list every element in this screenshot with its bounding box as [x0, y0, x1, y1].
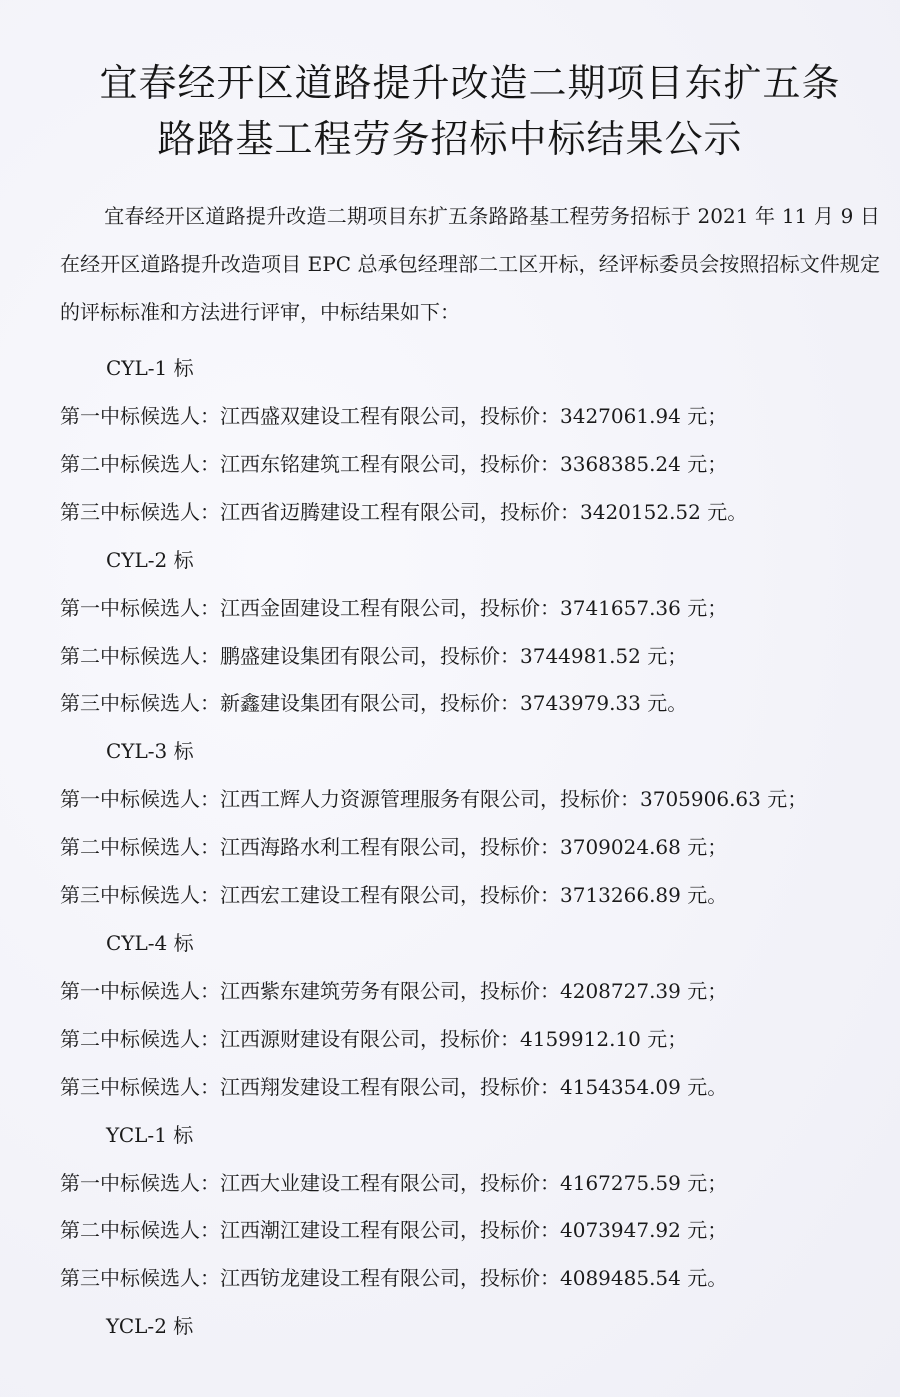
candidate-line: 第一中标候选人：江西盛双建设工程有限公司，投标价：3427061.94 元；	[60, 400, 727, 429]
section-label-ycl-2: YCL-2 标	[106, 1310, 193, 1339]
candidate-line: 第一中标候选人：江西金固建设工程有限公司，投标价：3741657.36 元；	[60, 592, 727, 621]
document-title-line-2: 路路基工程劳务招标中标结果公示	[0, 108, 900, 163]
section-label-cyl-1: CYL-1 标	[106, 352, 194, 381]
section-label-ycl-1: YCL-1 标	[106, 1119, 193, 1148]
candidate-line: 第二中标候选人：江西源财建设有限公司，投标价：4159912.10 元；	[60, 1023, 687, 1052]
candidate-line: 第一中标候选人：江西紫东建筑劳务有限公司，投标价：4208727.39 元；	[60, 975, 727, 1004]
candidate-line: 第三中标候选人：新鑫建设集团有限公司，投标价：3743979.33 元。	[60, 687, 687, 716]
scanned-document-page: 宜春经开区道路提升改造二期项目东扩五条 路路基工程劳务招标中标结果公示 宜春经开…	[0, 0, 900, 1397]
section-label-cyl-3: CYL-3 标	[106, 735, 194, 764]
candidate-line: 第三中标候选人：江西宏工建设工程有限公司，投标价：3713266.89 元。	[60, 879, 727, 908]
candidate-line: 第二中标候选人：江西东铭建筑工程有限公司，投标价：3368385.24 元；	[60, 448, 727, 477]
candidate-line: 第三中标候选人：江西钫龙建设工程有限公司，投标价：4089485.54 元。	[60, 1262, 727, 1291]
candidate-line: 第二中标候选人：鹏盛建设集团有限公司，投标价：3744981.52 元；	[60, 640, 687, 669]
section-label-cyl-4: CYL-4 标	[106, 927, 194, 956]
intro-text: 宜春经开区道路提升改造二期项目东扩五条路路基工程劳务招标于 2021 年 11 …	[60, 204, 880, 324]
candidate-line: 第一中标候选人：江西工辉人力资源管理服务有限公司，投标价：3705906.63 …	[60, 783, 807, 812]
candidate-line: 第二中标候选人：江西潮江建设工程有限公司，投标价：4073947.92 元；	[60, 1214, 727, 1243]
candidate-line: 第二中标候选人：江西海路水利工程有限公司，投标价：3709024.68 元；	[60, 831, 727, 860]
candidate-line: 第一中标候选人：江西大业建设工程有限公司，投标价：4167275.59 元；	[60, 1167, 727, 1196]
section-label-cyl-2: CYL-2 标	[106, 544, 194, 573]
document-title-line-1: 宜春经开区道路提升改造二期项目东扩五条	[20, 52, 900, 107]
candidate-line: 第三中标候选人：江西翔发建设工程有限公司，投标价：4154354.09 元。	[60, 1071, 727, 1100]
candidate-line: 第三中标候选人：江西省迈腾建设工程有限公司，投标价：3420152.52 元。	[60, 496, 747, 525]
intro-paragraph: 宜春经开区道路提升改造二期项目东扩五条路路基工程劳务招标于 2021 年 11 …	[60, 192, 880, 336]
